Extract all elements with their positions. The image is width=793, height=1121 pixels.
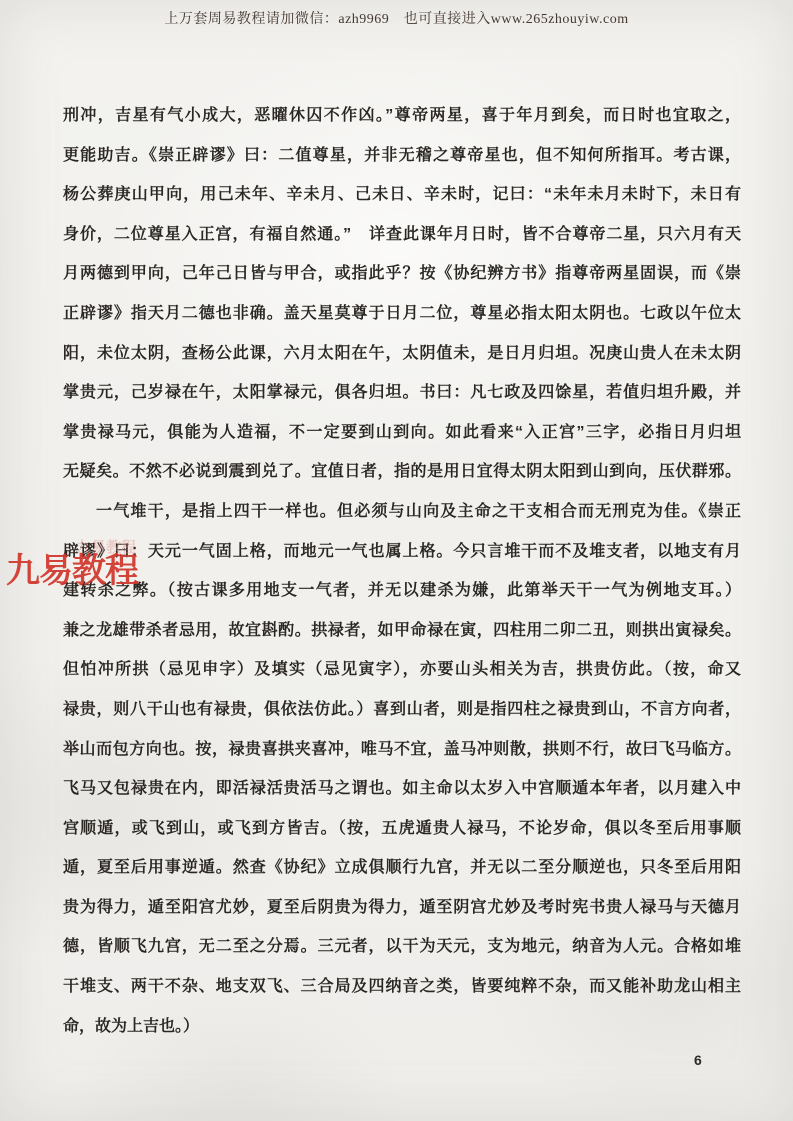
text-line: 但怕冲所拱（忌见申字）及填实（忌见寅字），亦要山头相关为吉，拱贵仿此。（按，命又	[63, 650, 741, 690]
text-line: 宫顺遁，或飞到山，或飞到方皆吉。（按，五虎遁贵人禄马，不论岁命，俱以冬至后用事顺	[63, 809, 741, 849]
page-number: 6	[694, 1052, 702, 1068]
text-line: 更能助吉。《崇正辟谬》曰：二值尊星，并非无稽之尊帝星也，但不知何所指耳。考古课，	[63, 136, 741, 176]
text-line: 月两德到甲向，己年己日皆与甲合，或指此乎？按《协纪辨方书》指尊帝两星固误，而《崇	[63, 254, 741, 294]
text-line: 建转杀之弊。（按古课多用地支一气者，并无以建杀为嫌，此第举天干一气为例地支耳。）	[63, 571, 741, 611]
text-line: 贵为得力，遁至阳宫尤妙，夏至后阴贵为得力，遁至阴宫尤妙及考时宪书贵人禄马与天德月	[63, 888, 741, 928]
text-line: 杨公葬庚山甲向，用己未年、辛未月、己未日、辛未时，记曰：“未年未月未时下，未日有	[63, 175, 741, 215]
text-line: 身价，二位尊星入正宫，有福自然通。” 详查此课年月日时，皆不合尊帝二星，只六月有…	[63, 215, 741, 255]
text-line: 禄贵，则八干山也有禄贵，俱依法仿此。）喜到山者，则是指四柱之禄贵到山，不言方向者…	[63, 690, 741, 730]
text-line: 刑冲，吉星有气小成大，恶曜休囚不作凶。”尊帝两星，喜于年月到矣，而日时也宜取之，	[63, 96, 741, 136]
text-line: 辟谬》曰：天元一气固上格，而地元一气也属上格。今只言堆干而不及堆支者，以地支有月	[63, 532, 741, 572]
text-line: 一气堆干，是指上四干一样也。但必须与山向及主命之干支相合而无刑克为佳。《崇正	[63, 492, 741, 532]
text-line: 遁，夏至后用事逆遁。然查《协纪》立成俱顺行九宫，并无以二至分顺逆也，只冬至后用阳	[63, 848, 741, 888]
scanned-document-page: 上万套周易教程请加微信：azh9969 也可直接进入www.265zhouyiw…	[0, 0, 793, 1121]
text-line: 飞马又包禄贵在内，即活禄活贵活马之谓也。如主命以太岁入中宫顺遁本年者，以月建入中	[63, 769, 741, 809]
text-line: 德，皆顺飞九宫，无二至之分焉。三元者，以干为天元，支为地元，纳音为人元。合格如堆	[63, 927, 741, 967]
text-line: 正辟谬》指天月二德也非确。盖天星莫尊于日月二位，尊星必指太阳太阴也。七政以午位太	[63, 294, 741, 334]
text-line: 举山而包方向也。按，禄贵喜拱夹喜冲，唯马不宜，盖马冲则散，拱则不行，故曰飞马临方…	[63, 730, 741, 770]
watermark: 九易教程	[6, 543, 138, 592]
document-body: 刑冲，吉星有气小成大，恶曜休囚不作凶。”尊帝两星，喜于年月到矣，而日时也宜取之，…	[63, 96, 741, 1046]
text-line: 命，故为上吉也。）	[63, 1007, 741, 1047]
promo-header-notice: 上万套周易教程请加微信：azh9969 也可直接进入www.265zhouyiw…	[0, 8, 793, 28]
text-line: 兼之龙雄带杀者忌用，故宜斟酌。拱禄者，如甲命禄在寅，四柱用二卯二丑，则拱出寅禄矣…	[63, 611, 741, 651]
text-line: 掌贵禄马元，俱能为人造福，不一定要到山到向。如此看来“入正宫”三字，必指日月归坦	[63, 413, 741, 453]
text-line: 无疑矣。不然不必说到震到兑了。宜值日者，指的是用日宜得太阴太阳到山到向，压伏群邪…	[63, 452, 741, 492]
text-line: 阳，未位太阴，查杨公此课，六月太阳在午，太阴值未，是日月归坦。况庚山贵人在未太阴	[63, 334, 741, 374]
text-line: 干堆支、两干不杂、地支双飞、三合局及四纳音之类，皆要纯粹不杂，而又能补助龙山相主	[63, 967, 741, 1007]
text-line: 掌贵元，己岁禄在午，太阳掌禄元，俱各归坦。书曰：凡七政及四馀星，若值归坦升殿，并	[63, 373, 741, 413]
